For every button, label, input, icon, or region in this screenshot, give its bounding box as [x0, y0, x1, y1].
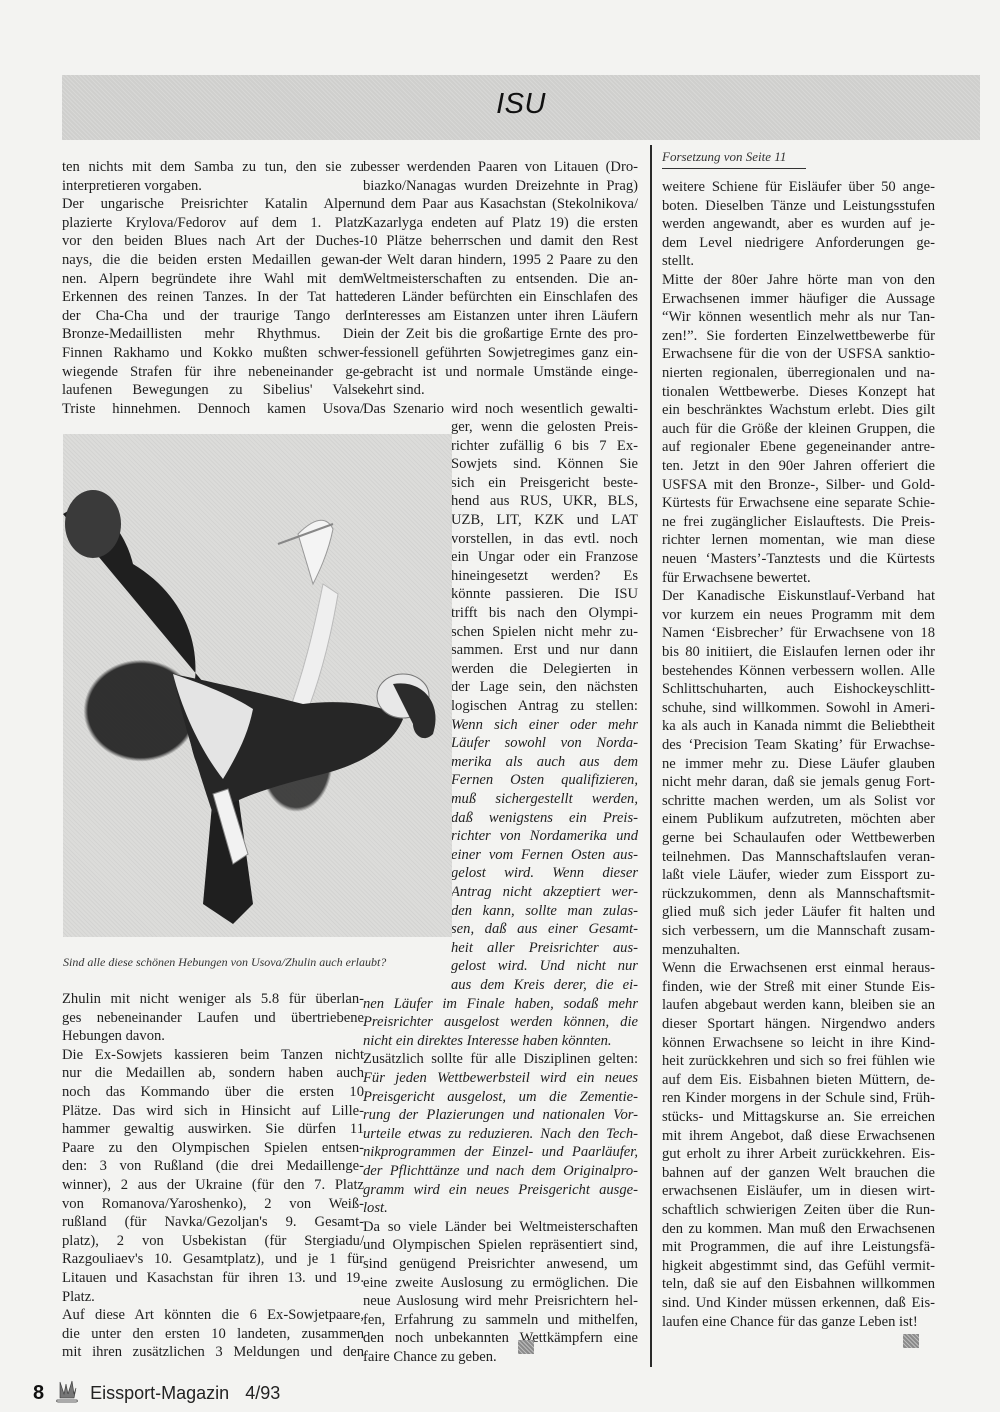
text-line: lost. — [363, 1199, 638, 1217]
text-line: Bronze-Medaillisten mehr Rhythmus. Die — [62, 325, 364, 343]
text-line: fessionell geführten Sowjetregimes ganz … — [363, 344, 638, 362]
text-line: Erwachsenen immer häufiger die Aussage — [662, 290, 935, 308]
text-line: interpretieren vorgaben. — [62, 177, 364, 195]
text-line: gerne bei Schaulaufen oder Wettbewerben — [662, 829, 935, 847]
text-line: den noch unbekannten Wettkämpfern eine — [363, 1329, 638, 1347]
text-line: Namen ‘Eisbrecher’ für Erwachsene von 18 — [662, 624, 935, 642]
text-line: vor kurzem ein neues Programm mit dem — [662, 606, 935, 624]
text-line: gelost wird. Wenn dieser — [451, 864, 638, 882]
column-divider — [650, 145, 652, 1367]
text-line: gramm wird ein neues Preisgericht ausge- — [363, 1181, 638, 1199]
text-line: ten nichts mit dem Samba zu tun, den sie… — [62, 158, 364, 176]
text-line: muß sichergestellt werden, — [451, 790, 638, 808]
text-line: sen, daß aus einer Gesamt- — [451, 920, 638, 938]
text-line: hend aus RUS, UKR, BLS, — [451, 492, 638, 510]
text-line: teln, daß sie auf den Eisbahnen willkomm… — [662, 1275, 935, 1293]
text-line: rung der Plazierungen und nationalen Vor… — [363, 1106, 638, 1124]
text-line: laufen abgebaut werden kann, bleiben sie… — [662, 996, 935, 1014]
text-line: sich ein Preisgericht beste- — [451, 474, 638, 492]
text-line: die unter den ersten 10 landeten, zusamm… — [62, 1325, 364, 1343]
section-title: ISU — [62, 88, 980, 121]
text-line: werden die Delegierten in — [451, 660, 638, 678]
text-line: könnte passieren. Die ISU — [451, 585, 638, 603]
text-line: den: 3 von Rußland (die drei Medaillenge… — [62, 1157, 364, 1175]
text-line: wiegende Strafen für ihre nebeneinander … — [62, 363, 364, 381]
text-line: nur die Medaillen ab, sondern haben auch — [62, 1064, 364, 1082]
text-line: menzuhalten. — [662, 941, 935, 959]
text-line: Paare zu den Olympischen Spielen entsen- — [62, 1139, 364, 1157]
text-line: heit aller Preisrichter aus- — [451, 939, 638, 957]
text-line: ges nebeneinander Laufen und übertrieben… — [62, 1009, 364, 1027]
text-line: Platz. — [62, 1288, 364, 1306]
text-line: dieser Sportart hängen. Nirgendwo anders — [662, 1015, 935, 1033]
text-line: aus dem Kreis derer, die ei- — [451, 976, 638, 994]
text-line: auf dem Eis. Eisbahnen bieten Müttern, d… — [662, 1071, 935, 1089]
text-line: heit zurückkehren und sich so frei fühle… — [662, 1052, 935, 1070]
text-line: nierten regionalen, überregionalen und n… — [662, 364, 935, 382]
text-line: finden, wie der Streß mit einer Stunde E… — [662, 978, 935, 996]
text-line: daß wenigstens ein Preis- — [451, 809, 638, 827]
text-line: boten. Dieselben Tänze und Leistungsstuf… — [662, 197, 935, 215]
skating-photo — [63, 434, 452, 937]
text-line: neuen ‘Masters’-Tanztests und die Kürtes… — [662, 550, 935, 568]
text-line: für Erwachsene bewertet. — [662, 569, 935, 587]
text-line: ein beschränktes Wachstum erlebt. Dies g… — [662, 401, 935, 419]
text-line: Triste hinnehmen. Dennoch kamen Usova/ — [62, 400, 364, 418]
text-line: ren Kinder morgens in der Schule sind, F… — [662, 1089, 935, 1107]
text-line: ein Ungar oder ein Franzose — [451, 548, 638, 566]
text-line: plazierte Krylova/Fedorov auf dem 1. Pla… — [62, 214, 364, 232]
text-line: UZB, LIT, KZK und LAT — [451, 511, 638, 529]
text-line: Zusätzlich sollte für alle Disziplinen g… — [363, 1050, 638, 1068]
text-line: vorstellen, in das evtl. noch — [451, 530, 638, 548]
text-line: nays, die die beiden ersten Medaillen ge… — [62, 251, 364, 269]
text-line: Interesses am Eistanzen unter ihren Läuf… — [363, 307, 638, 325]
text-line: higkeit abgestimmt sind, das Gefühl verm… — [662, 1257, 935, 1275]
text-line: schritte machen werden, um als Solist vo… — [662, 792, 935, 810]
text-line: platz), 2 von Usbekistan (für Stergiadu/ — [62, 1232, 364, 1250]
text-line: Razgouliaev's 10. Gesamtplatz), und je 1… — [62, 1250, 364, 1268]
text-line: Das Szenario wird noch wesentlich gewalt… — [363, 400, 638, 418]
text-line: gut erholt zu ihrer Arbeit zurückkehren.… — [662, 1145, 935, 1163]
text-line: nikprogrammen der Einzel- und Paarläufer… — [363, 1143, 638, 1161]
text-line: rückzukommen, denn als Mannschaftsmit- — [662, 885, 935, 903]
text-line: Antrag nicht akzeptiert wer- — [451, 883, 638, 901]
text-line: mit Programmen, die auf ihre Leistungsfä… — [662, 1238, 935, 1256]
page-number: 8 — [33, 1382, 44, 1405]
text-line: Wenn die Erwachsenen erst einmal heraus- — [662, 959, 935, 977]
text-line: gebracht ist und normale Umstände einge- — [363, 363, 638, 381]
text-line: schen Spielen nicht mehr zu- — [451, 623, 638, 641]
text-line: USFSA mit den Bronze-, Silber- und Gold- — [662, 476, 935, 494]
issue-number: 4/93 — [245, 1383, 280, 1404]
text-line: laßt viele Läufer, wieder zum Eissport z… — [662, 866, 935, 884]
text-line: Schlittschuharten, auch Eishockeyschlitt… — [662, 680, 935, 698]
text-line: vor den beiden Blues nach Art der Duches… — [62, 232, 364, 250]
text-line: richter lernen momentan, wie man diese — [662, 531, 935, 549]
text-line: ne immer mehr zu. Diese Läufer glauben — [662, 755, 935, 773]
text-line: winner), 2 aus der Ukraine (für den 7. P… — [62, 1176, 364, 1194]
text-line: Litauen und Kasachstan für ihren 13. und… — [62, 1269, 364, 1287]
text-line: erwachsenen Eisläufer, um in diesen wirt… — [662, 1182, 935, 1200]
text-line: bahnen auf der ganzen Welt brauchen die — [662, 1164, 935, 1182]
text-line: trifft bis nach den Olympi- — [451, 604, 638, 622]
text-line: Der Kanadische Eiskunstlauf-Verband hat — [662, 587, 935, 605]
text-line: nen. Alpern begründete ihre Wahl mit dem — [62, 270, 364, 288]
text-line: auf regionaler Ebene gegeneinander antre… — [662, 438, 935, 456]
text-line: Hebungen davon. — [62, 1027, 364, 1045]
text-line: Preisgericht ausgelost, um die Zementie- — [363, 1088, 638, 1106]
text-line: fen, Erfahrung zu sammeln und mithelfen, — [363, 1311, 638, 1329]
photo-caption: Sind alle diese schönen Hebungen von Uso… — [63, 955, 386, 970]
text-line: einem Publikum aufzutreten, möchten aber — [662, 810, 935, 828]
text-line: laufen eine Chance für das ganze Leben i… — [662, 1313, 935, 1331]
text-line: deren Länder befürchten ein Einschlafen … — [363, 288, 638, 306]
text-line: richter von Nordamerika und — [451, 827, 638, 845]
text-line: der Cha-Cha und der traurige Tango der — [62, 307, 364, 325]
text-line: in der Zeit bis die großartige Ernte des… — [363, 325, 638, 343]
text-line: Erkennen des reinen Tanzes. In der Tat h… — [62, 288, 364, 306]
text-line: laufenen Bewegungen zu Sibelius' Valse — [62, 381, 364, 399]
ice-dancers-illustration — [63, 434, 452, 937]
text-line: mit ihrem Angebot, daß diese Erwachsenen — [662, 1127, 935, 1145]
text-line: schaftlich schwierigen Zeiten über die R… — [662, 1201, 935, 1219]
text-line: Wenn sich einer oder mehr — [451, 716, 638, 734]
text-line: sammen. Erst und nur dann — [451, 641, 638, 659]
text-line: ger, wenn die gelosten Preis- — [451, 418, 638, 436]
text-line: “Wir können wesentlich mehr als nur Tan- — [662, 308, 935, 326]
text-line: der Pflichttänze und nach dem Originalpr… — [363, 1162, 638, 1180]
text-line: hammer gewaltig auswirken. Sie dürfen 11 — [62, 1120, 364, 1138]
text-line: Mitte der 80er Jahre hörte man von den — [662, 271, 935, 289]
text-line: tionalen Wettbewerbe. Dieses Konzept hat — [662, 383, 935, 401]
text-line: Weltmeisterschaften zu entsenden. Die an… — [363, 270, 638, 288]
text-line: mit ihren zusätzlichen 3 Meldungen und d… — [62, 1343, 364, 1361]
text-line: Kazarlyga endeten auf Platz 19) die erst… — [363, 214, 638, 232]
text-line: biazko/Nanagas wurden Dreizehnte in Prag… — [363, 177, 638, 195]
text-line: von Romanova/Yaroshenko), 2 von Weiß- — [62, 1195, 364, 1213]
text-line: Auf diese Art könnten die 6 Ex-Sowjetpaa… — [62, 1306, 364, 1324]
text-line: Finnen Rakhamo und Kokko mußten schwer- — [62, 344, 364, 362]
text-line: rußland (für Navka/Gezoljan's 9. Gesamt- — [62, 1213, 364, 1231]
text-line: ne frei zugänglicher Eislauftests. Die P… — [662, 513, 935, 531]
text-line: glied muß sich jeder Läufer fit halten u… — [662, 903, 935, 921]
text-line: weitere Schiene für Eisläufer über 50 an… — [662, 178, 935, 196]
text-line: auch für die Größe der kleinen Gruppen, … — [662, 420, 935, 438]
text-line: 10 Plätze beherrschen und damit den Rest — [363, 232, 638, 250]
text-line: ten. Jetzt in den 90er Jahren offeriert … — [662, 457, 935, 475]
text-line: der Lage sein, den nächsten — [451, 678, 638, 696]
text-line: werden angewandt, aber es wurden auf je- — [662, 215, 935, 233]
text-line: und dem Paar aus Kasachstan (Stekolnikov… — [363, 195, 638, 213]
text-line: kehrt sind. — [363, 381, 638, 399]
text-line: besser werdenden Paaren von Litauen (Dro… — [363, 158, 638, 176]
text-line: logischen Antrag zu stellen: — [451, 697, 638, 715]
text-line: richter zufällig 6 bis 7 Ex- — [451, 437, 638, 455]
text-line: zen!”. Sie forderten Einzelwettbewerbe f… — [662, 327, 935, 345]
text-line: den kann, sollte man zulas- — [451, 902, 638, 920]
text-line: hineingesetzt werden? Es — [451, 567, 638, 585]
page-footer: 8 Eissport-Magazin 4/93 — [33, 1378, 280, 1409]
text-line: des ‘Precision Team Skating’ für Erwachs… — [662, 736, 935, 754]
text-line: schuhe, sind willkommen. Sowohl in Ameri… — [662, 699, 935, 717]
text-line: Preisrichter ausgelost werden können, di… — [363, 1013, 638, 1031]
text-line: Der ungarische Preisrichter Katalin Alpe… — [62, 195, 364, 213]
text-line: einer vom Fernen Osten aus- — [451, 846, 638, 864]
text-line: Die Ex-Sowjets kassieren beim Tanzen nic… — [62, 1046, 364, 1064]
text-line: können Erwachsene so leicht in ihre Kind… — [662, 1034, 935, 1052]
text-line: Erwachsene für die von der USFSA sanktio… — [662, 345, 935, 363]
text-line: und Olympischen Spielen repräsentiert si… — [363, 1236, 638, 1254]
text-line: sich verbessern, um die Mannschaft zusam… — [662, 922, 935, 940]
text-line: gelost wird. Und nicht nur — [451, 957, 638, 975]
text-line: nicht mehr daran, daß sie jemals genug F… — [662, 773, 935, 791]
text-line: Sowjets sind. Können Sie — [451, 455, 638, 473]
article-end-mark — [518, 1340, 534, 1354]
text-line: sind. Und Kinder müssen erkennen, daß Ei… — [662, 1294, 935, 1312]
text-line: der Welt daran hindern, 1995 2 Paare zu … — [363, 251, 638, 269]
text-line: merika als auch aus dem — [451, 753, 638, 771]
text-line: faire Chance zu geben. — [363, 1348, 638, 1366]
skate-bird-logo-icon — [54, 1378, 80, 1409]
text-line: sind genügend Preisrichter anwesend, um — [363, 1255, 638, 1273]
continuation-underline — [662, 168, 806, 169]
text-line: eine zweite Auslosung zu ermöglichen. Di… — [363, 1274, 638, 1292]
text-line: Plätze. Das wird sich in Hinsicht auf Li… — [62, 1102, 364, 1120]
text-line: den zu kommen. Man muß den Erwachsenen — [662, 1220, 935, 1238]
text-line: Fernen Osten qualifizieren, — [451, 771, 638, 789]
text-line: stücks- und Mittagskurse an. Sie erreich… — [662, 1108, 935, 1126]
text-line: ka als auch in Kanada nimmt die Beliebth… — [662, 717, 935, 735]
text-line: Läufer sowohl von Norda- — [451, 734, 638, 752]
article-end-mark — [903, 1334, 919, 1348]
text-line: bis 80 initiiert, die Eislaufen lernen o… — [662, 643, 935, 661]
text-line: Da so viele Länder bei Weltmeisterschaft… — [363, 1218, 638, 1236]
text-line: Zhulin mit nicht weniger als 5.8 für übe… — [62, 990, 364, 1008]
text-line: Für jeden Wettbewerbsteil wird ein neues — [363, 1069, 638, 1087]
text-line: bestehendes Können verbessern wollen. Al… — [662, 662, 935, 680]
text-line: neue Auslosung wird mehr Preisrichtern h… — [363, 1292, 638, 1310]
text-line: Kürtests für Erwachsene eine separate Sc… — [662, 494, 935, 512]
section-header-band: ISU — [62, 75, 980, 140]
text-line: stellt. — [662, 252, 935, 270]
text-line: nen Läufer im Finale haben, sodaß mehr — [363, 995, 638, 1013]
continuation-label: Forsetzung von Seite 11 — [662, 149, 786, 165]
text-line: nicht ein direktes Interesse haben könnt… — [363, 1032, 638, 1050]
text-line: dem Level niedrigere Anforderungen ge- — [662, 234, 935, 252]
text-line: urteile etwas zu reduzieren. Nach den Te… — [363, 1125, 638, 1143]
text-line: teilnehmen. Das Mannschaftslaufen veran- — [662, 848, 935, 866]
text-line: noch das Kommando über die ersten 10 — [62, 1083, 364, 1101]
magazine-name: Eissport-Magazin — [90, 1383, 229, 1404]
